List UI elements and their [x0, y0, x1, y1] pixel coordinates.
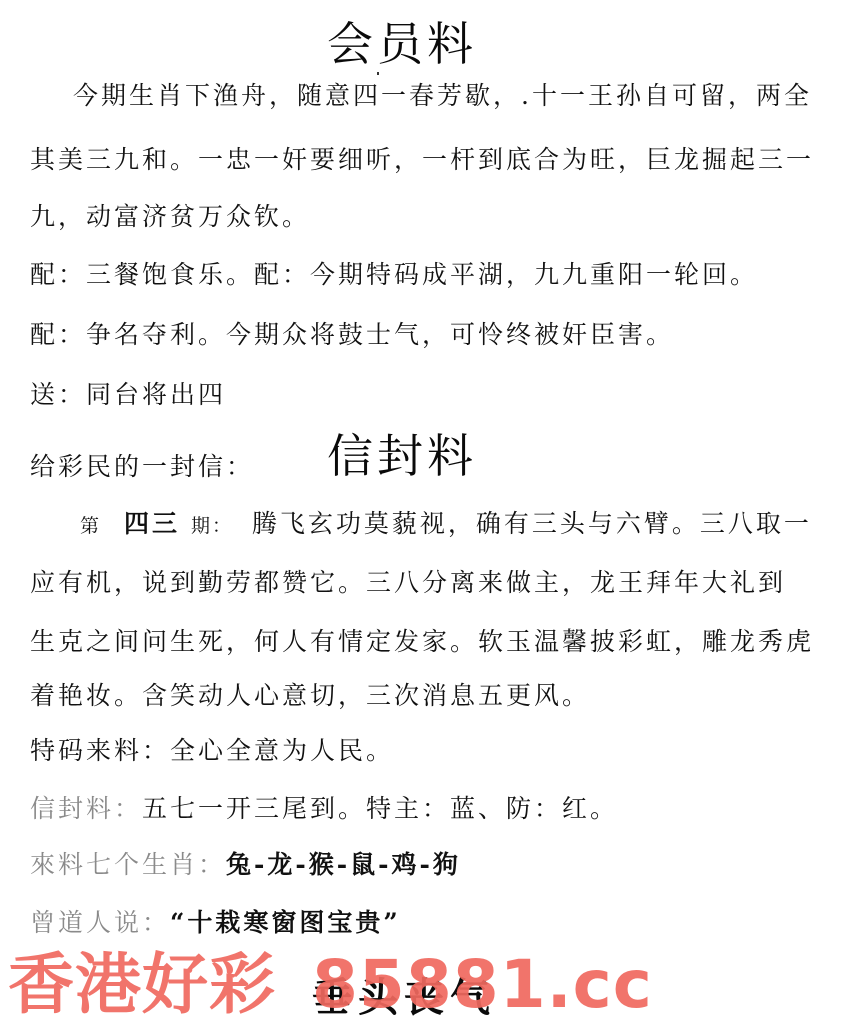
- detail-special-code: 特码来料：全心全意为人民。: [30, 734, 394, 768]
- issue-suffix: 期：: [191, 515, 233, 537]
- detail-value: “十栽寒窗图宝贵”: [170, 908, 401, 937]
- bonus-value: 同台将出四: [86, 380, 226, 409]
- letter-paragraph-first: 腾飞玄功莫藐视，确有三头与六臂。三八取一: [252, 509, 812, 538]
- detail-value: 五七一开三尾到。特主：蓝、防：红。: [142, 794, 618, 823]
- scan-speck: [377, 72, 379, 75]
- bonus-label: 送：: [30, 380, 86, 409]
- watermark-cn: 香港好彩: [8, 946, 276, 1023]
- detail-label: 特码来料：: [30, 736, 170, 765]
- member-section-title: 会员料: [327, 8, 477, 74]
- letter-paragraph-line-4: 着艳妆。含笑动人心意切，三次消息五更风。: [30, 679, 590, 713]
- letter-paragraph-line-2: 应有机，说到勤劳都赞它。三八分离来做主，龙王拜年大礼到: [30, 566, 786, 600]
- member-paragraph-line-3: 九，动富济贫万众钦。: [30, 200, 310, 234]
- detail-value: 兔-龙-猴-鼠-鸡-狗: [226, 850, 461, 879]
- detail-envelope: 信封料：五七一开三尾到。特主：蓝、防：红。: [30, 792, 618, 826]
- detail-value: 全心全意为人民。: [170, 736, 394, 765]
- member-paragraph-line-2: 其美三九和。一忠一奸要细听，一杆到底合为旺，巨龙掘起三一: [30, 143, 814, 177]
- letter-intro-label: 给彩民的一封信：: [30, 450, 254, 484]
- member-paragraph-line-1: 今期生肖下渔舟，随意四一春芳歇，.十一王孙自可留，两全: [73, 79, 812, 113]
- issue-prefix: 第: [80, 515, 101, 537]
- pairing-line-1: 配：三餐饱食乐。配：今期特码成平湖，九九重阳一轮回。: [30, 258, 758, 292]
- letter-issue-line: 第 四三 期： 腾飞玄功莫藐视，确有三头与六臂。三八取一: [80, 507, 812, 543]
- watermark-site: 85881.cc: [312, 946, 653, 1023]
- issue-number: 四三: [124, 509, 180, 538]
- detail-zodiacs: 來料七个生肖：兔-龙-猴-鼠-鸡-狗: [30, 848, 461, 882]
- detail-label: 來料七个生肖：: [30, 850, 226, 879]
- watermark: 香港好彩85881.cc: [8, 950, 653, 1020]
- bonus-line: 送：同台将出四: [30, 378, 226, 412]
- detail-label: 曾道人说：: [30, 908, 170, 937]
- letter-section-title: 信封料: [327, 420, 477, 486]
- pairing-line-2: 配：争名夺利。今期众将鼓士气，可怜终被奸臣害。: [30, 318, 674, 352]
- letter-paragraph-line-3: 生克之间问生死，何人有情定发家。软玉温馨披彩虹，雕龙秀虎: [30, 625, 814, 659]
- detail-label: 信封料：: [30, 794, 142, 823]
- detail-quote: 曾道人说：“十栽寒窗图宝贵”: [30, 906, 401, 940]
